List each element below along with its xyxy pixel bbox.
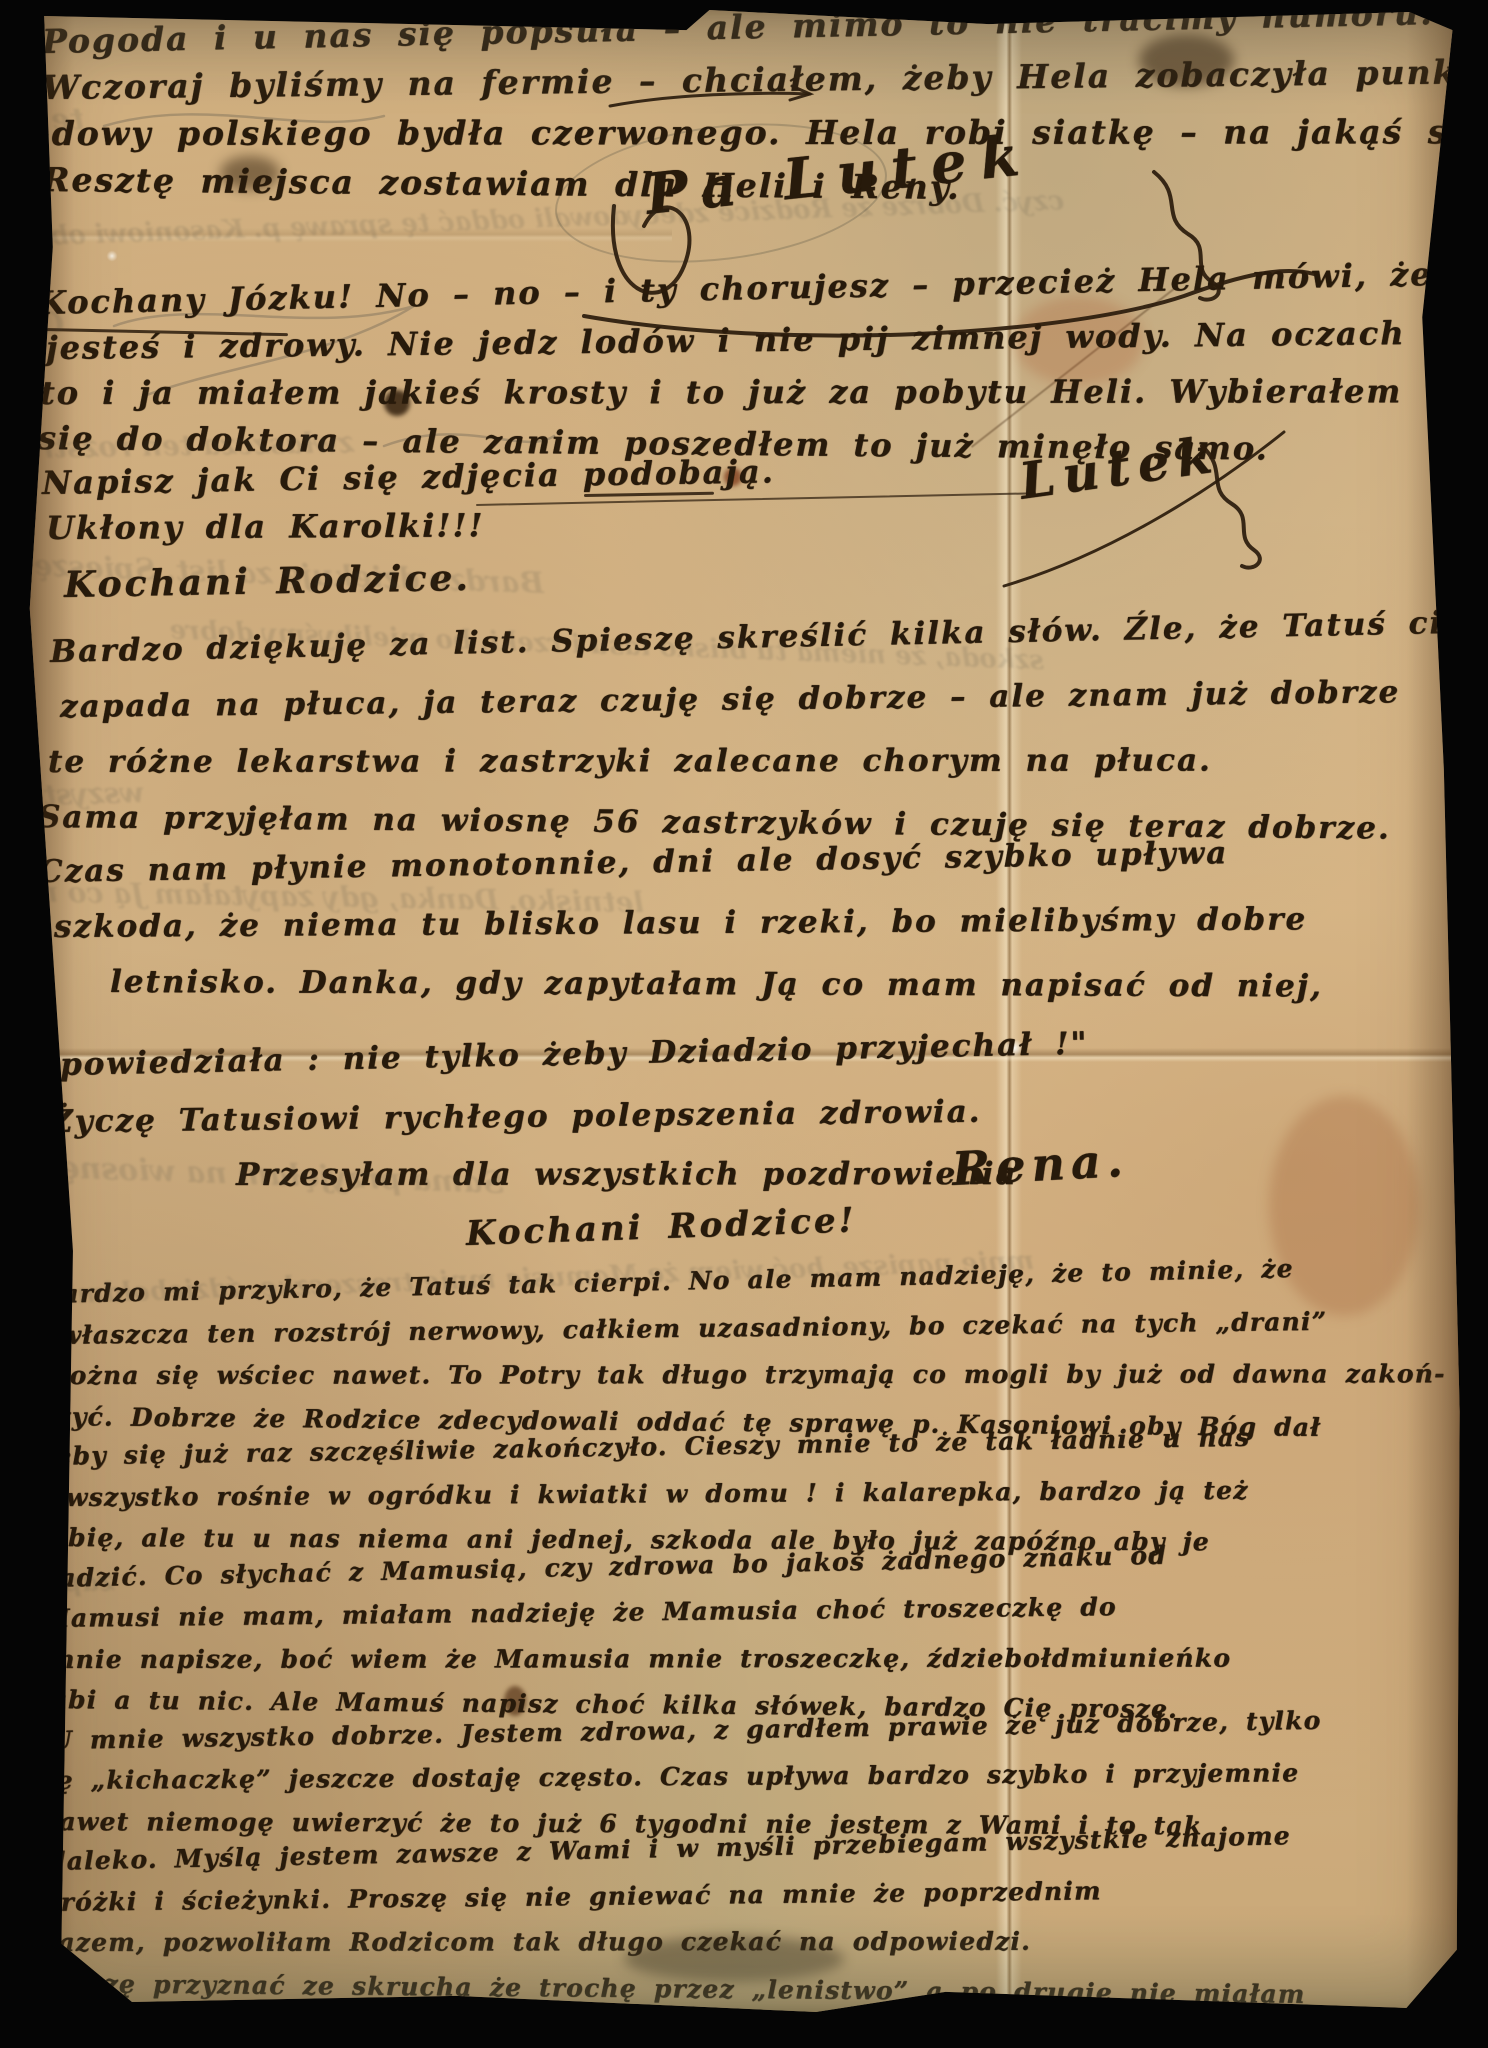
letter-line: te różne lekarstwa i zastrzyki zalecane … bbox=[48, 743, 1212, 780]
signature-flourish bbox=[544, 146, 1344, 346]
letter-line: szkoda, że niema tu blisko lasu i rzeki,… bbox=[54, 901, 1307, 945]
letter-line: powiedziała : nie tylko żeby Dziadzio pr… bbox=[60, 1026, 1089, 1083]
letter-line: letnisko. Danka, gdy zapytałam Ją co mam… bbox=[110, 964, 1323, 1004]
letter-line: Mamusi nie mam, miałam nadzieję że Mamus… bbox=[42, 1592, 1117, 1633]
scanned-letter-page: Pogoda i u nas się popsuła – ale mimo to… bbox=[0, 0, 1488, 2048]
letter-line: Kochani Rodzice. bbox=[64, 557, 472, 606]
letter-line: Wczoraj byliśmy na fermie – chciałem, że… bbox=[42, 50, 1488, 107]
letter-line: zapada na płuca, ja teraz czuję się dobr… bbox=[60, 674, 1401, 725]
letter-line: Przesyłam dla wszystkich pozdrowienia bbox=[236, 1156, 1018, 1193]
signature-rena: Rena. bbox=[951, 1133, 1130, 1196]
letter-paper: Pogoda i u nas się popsuła – ale mimo to… bbox=[24, 6, 1464, 2014]
letter-line: zwłaszcza ten rozstrój nerwowy, całkiem … bbox=[44, 1306, 1328, 1349]
letter-line: Ukłony dla Karolki!!! bbox=[46, 506, 485, 547]
letter-line: dróżki i ścieżynki. Proszę się nie gniew… bbox=[42, 1876, 1102, 1917]
letter-line: razem, pozwoliłam Rodzicom tak długo cze… bbox=[44, 1927, 1031, 1957]
letter-line: Pogoda i u nas się popsuła – ale mimo to… bbox=[42, 0, 1434, 61]
bleed-line: sadzić. Co słychać z Mamusią, czy zdrowa… bbox=[0, 1426, 64, 1475]
letter-line: to i ja miałem jakieś krosty i to już za… bbox=[40, 372, 1402, 412]
letter-line: mnie napisze, boć wiem że Mamusia mnie t… bbox=[48, 1643, 1231, 1673]
letter-line: tę „kichaczkę” jeszcze dostaję często. C… bbox=[44, 1758, 1299, 1795]
letter-line: Czas nam płynie monotonnie, dni ale dosy… bbox=[38, 835, 1229, 890]
signature-flourish bbox=[984, 436, 1344, 616]
letter-line: wszystko rośnie w ogródku i kwiatki w do… bbox=[66, 1475, 1249, 1511]
letter-line: Kochani Rodzice! bbox=[465, 1200, 857, 1254]
letter-line: można się wściec nawet. To Potry tak dłu… bbox=[42, 1359, 1446, 1390]
letter-line: Bardzo mi przykro, że Tatuś tak cierpi. … bbox=[40, 1254, 1294, 1309]
letter-line: Muszę przyznać ze skruchą że trochę prze… bbox=[40, 1969, 1306, 2009]
letter-line: Życzę Tatusiowi rychłego polepszenia zdr… bbox=[50, 1094, 982, 1140]
signature-rule bbox=[476, 492, 1036, 506]
